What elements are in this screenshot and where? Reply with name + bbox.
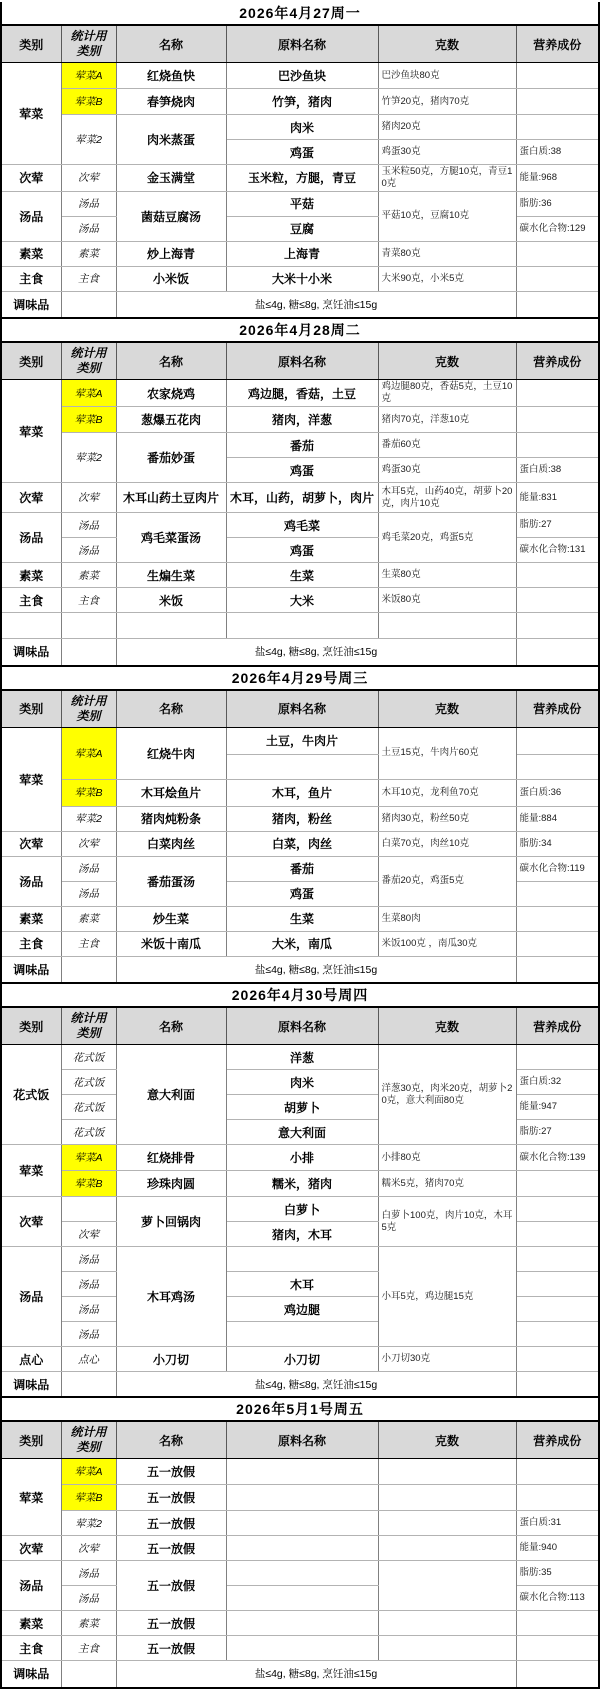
nutrition-cell (516, 906, 599, 931)
ingredient-cell: 木耳 (226, 1272, 378, 1297)
nutrition-cell: 碳水化合物:131 (516, 538, 599, 563)
dish-name-cell: 萝卜回锅肉 (116, 1197, 226, 1247)
grams-cell (378, 1536, 516, 1561)
ingredient-cell: 鸡蛋 (226, 458, 378, 483)
ingredient-cell: 鸡蛋 (226, 140, 378, 165)
nutrition-cell: 脂肪:34 (516, 831, 599, 856)
nutrition-cell (516, 241, 599, 266)
table-row: 次荤萝卜回锅肉白萝卜白萝卜100克，肉片10克，木耳5克 (1, 1197, 599, 1222)
empty-cell (61, 613, 116, 639)
table-row: 荤菜B葱爆五花肉猪肉，洋葱猪肉70克，洋葱10克 (1, 407, 599, 433)
nutrition-cell: 能量:831 (516, 483, 599, 513)
stat-category-cell: 花式饭 (61, 1070, 116, 1095)
table-row: 次荤次荤木耳山药土豆肉片木耳，山药，胡萝卜，肉片木耳5克，山药40克，胡萝卜20… (1, 483, 599, 513)
grams-cell: 鸡毛菜20克，鸡蛋5克 (378, 513, 516, 563)
nutrition-cell (516, 1636, 599, 1661)
dish-name-cell: 肉米蒸蛋 (116, 115, 226, 165)
nutrition-cell (516, 433, 599, 458)
table-row: 素菜素菜生煸生菜生菜生菜80克 (1, 563, 599, 588)
grams-cell: 大米90克，小米5克 (378, 266, 516, 291)
stat-category-cell: 荤菜B (61, 779, 116, 806)
dish-name-cell: 炒生菜 (116, 906, 226, 931)
dish-name-cell: 红烧牛肉 (116, 727, 226, 779)
grams-cell (378, 1511, 516, 1536)
stat-category-cell (61, 1661, 116, 1688)
stat-category-cell: 素菜 (61, 906, 116, 931)
table-row: 荤菜B木耳烩鱼片木耳，鱼片木耳10克，龙利鱼70克蛋白质:36 (1, 779, 599, 806)
grams-cell (378, 1485, 516, 1511)
table-row: 荤菜荤菜A农家烧鸡鸡边腿，香菇，土豆鸡边腿80克，香菇5克，土豆10克 (1, 380, 599, 407)
stat-category-cell: 荤菜A (61, 63, 116, 89)
column-header: 名称 (116, 1007, 226, 1045)
empty-cell (516, 613, 599, 639)
dish-name-cell: 番茄妙蛋 (116, 433, 226, 483)
stat-category-cell: 荤菜2 (61, 115, 116, 165)
grams-cell: 糯米5克，猪肉70克 (378, 1171, 516, 1197)
table-row: 调味品盐≤4g, 糖≤8g, 烹饪油≤15g (1, 291, 599, 318)
nutrition-cell: 能量:947 (516, 1095, 599, 1120)
stat-category-cell (61, 956, 116, 983)
table-row: 调味品盐≤4g, 糖≤8g, 烹饪油≤15g (1, 956, 599, 983)
ingredient-cell: 意大利面 (226, 1120, 378, 1145)
stat-category-cell: 荤菜B (61, 89, 116, 115)
column-header: 营养成份 (516, 1007, 599, 1045)
column-header: 原料名称 (226, 25, 378, 63)
nutrition-cell: 蛋白质:31 (516, 1511, 599, 1536)
category-cell: 调味品 (1, 1372, 61, 1398)
category-cell: 调味品 (1, 639, 61, 666)
grams-cell: 木耳10克，龙利鱼70克 (378, 779, 516, 806)
ingredient-cell: 上海青 (226, 241, 378, 266)
grams-cell: 巴沙鱼块80克 (378, 63, 516, 89)
nutrition-cell: 蛋白质:38 (516, 140, 599, 165)
category-cell: 点心 (1, 1347, 61, 1372)
column-header: 名称 (116, 25, 226, 63)
stat-category-cell: 汤品 (61, 1272, 116, 1297)
table-row (1, 613, 599, 639)
stat-category-cell: 次荤 (61, 1222, 116, 1247)
table-row: 调味品盐≤4g, 糖≤8g, 烹饪油≤15g (1, 639, 599, 666)
category-cell: 荤菜 (1, 1145, 61, 1197)
table-row: 点心点心小刀切小刀切小刀切30克 (1, 1347, 599, 1372)
column-header: 原料名称 (226, 342, 378, 380)
empty-cell (378, 613, 516, 639)
dish-name-cell: 五一放假 (116, 1636, 226, 1661)
day-title: 2026年5月1号周五 (1, 1398, 599, 1421)
nutrition-cell (516, 380, 599, 407)
column-header: 营养成份 (516, 1421, 599, 1459)
column-header: 原料名称 (226, 1421, 378, 1459)
dish-name-cell: 金玉满堂 (116, 165, 226, 192)
stat-category-cell: 点心 (61, 1347, 116, 1372)
stat-category-cell: 主食 (61, 1636, 116, 1661)
nutrition-cell (516, 1222, 599, 1247)
category-cell: 调味品 (1, 291, 61, 318)
stat-category-cell: 次荤 (61, 1536, 116, 1561)
column-header: 营养成份 (516, 342, 599, 380)
column-header: 名称 (116, 1421, 226, 1459)
nutrition-cell (516, 1045, 599, 1070)
column-header: 克数 (378, 342, 516, 380)
category-cell: 素菜 (1, 1611, 61, 1636)
column-header: 克数 (378, 1421, 516, 1459)
ingredient-cell: 鸡毛菜 (226, 513, 378, 538)
nutrition-cell (516, 266, 599, 291)
category-cell: 花式饭 (1, 1045, 61, 1145)
grams-cell: 猪肉70克，洋葱10克 (378, 407, 516, 433)
nutrition-cell: 脂肪:27 (516, 513, 599, 538)
ingredient-cell (226, 1322, 378, 1347)
ingredient-cell (226, 1459, 378, 1485)
category-cell: 次荤 (1, 1197, 61, 1247)
nutrition-cell (516, 1322, 599, 1347)
dish-name-cell: 猪肉炖粉条 (116, 806, 226, 831)
stat-category-cell: 汤品 (61, 1586, 116, 1611)
category-cell: 汤品 (1, 191, 61, 241)
nutrition-cell (516, 1347, 599, 1372)
table-row: 主食主食五一放假 (1, 1636, 599, 1661)
category-cell: 素菜 (1, 906, 61, 931)
dish-name-cell: 生煸生菜 (116, 563, 226, 588)
grams-cell: 米饭100克 ，南瓜30克 (378, 931, 516, 956)
ingredient-cell: 大米 (226, 588, 378, 613)
nutrition-cell: 碳水化合物:139 (516, 1145, 599, 1171)
menu-table-tuesday: 2026年4月28周二类别统计用 类别名称原料名称克数营养成份荤菜荤菜A农家烧鸡… (0, 319, 600, 666)
stat-category-cell: 汤品 (61, 1561, 116, 1586)
stat-category-cell: 汤品 (61, 191, 116, 216)
ingredient-cell: 鸡蛋 (226, 881, 378, 906)
menu-table-wednesday: 2026年4月29号周三类别统计用 类别名称原料名称克数营养成份荤菜荤菜A红烧牛… (0, 667, 600, 985)
grams-cell: 鸡蛋30克 (378, 458, 516, 483)
dish-name-cell: 红烧鱼快 (116, 63, 226, 89)
ingredient-cell: 巴沙鱼块 (226, 63, 378, 89)
nutrition-cell (516, 727, 599, 754)
table-row: 素菜素菜炒生菜生菜生菜80肉 (1, 906, 599, 931)
nutrition-cell: 能量:940 (516, 1536, 599, 1561)
ingredient-cell: 竹笋，猪肉 (226, 89, 378, 115)
column-header: 营养成份 (516, 690, 599, 728)
category-cell: 汤品 (1, 856, 61, 906)
nutrition-cell (516, 115, 599, 140)
stat-category-cell: 汤品 (61, 1247, 116, 1272)
stat-category-cell: 次荤 (61, 165, 116, 192)
day-title: 2026年4月30号周四 (1, 984, 599, 1007)
stat-category-cell: 荤菜A (61, 727, 116, 779)
ingredient-cell: 番茄 (226, 433, 378, 458)
table-row: 花式饭花式饭意大利面洋葱洋葱30克，肉米20克，胡萝卜20克，意大利面80克 (1, 1045, 599, 1070)
column-header: 类别 (1, 690, 61, 728)
ingredient-cell: 小刀切 (226, 1347, 378, 1372)
category-cell: 荤菜 (1, 1459, 61, 1536)
category-cell: 调味品 (1, 956, 61, 983)
table-row: 素菜素菜炒上海青上海青青菜80克 (1, 241, 599, 266)
category-cell: 次荤 (1, 165, 61, 192)
stat-category-cell: 荤菜A (61, 1145, 116, 1171)
ingredient-cell (226, 1561, 378, 1586)
stat-category-cell: 汤品 (61, 881, 116, 906)
ingredient-cell: 洋葱 (226, 1045, 378, 1070)
category-cell: 主食 (1, 266, 61, 291)
table-row: 汤品汤品木耳鸡汤小耳5克，鸡边腿15克 (1, 1247, 599, 1272)
ingredient-cell: 猪肉，木耳 (226, 1222, 378, 1247)
weekly-menu-sheet: 2026年4月27周一类别统计用 类别名称原料名称克数营养成份荤菜荤菜A红烧鱼快… (0, 0, 600, 1689)
stat-category-cell: 花式饭 (61, 1095, 116, 1120)
category-cell: 荤菜 (1, 380, 61, 483)
grams-cell: 平菇10克，豆腐10克 (378, 191, 516, 241)
table-row: 荤菜B春笋烧肉竹笋，猪肉竹笋20克，猪肉70克 (1, 89, 599, 115)
category-cell: 次荤 (1, 483, 61, 513)
stat-category-cell: 花式饭 (61, 1045, 116, 1070)
column-header: 类别 (1, 342, 61, 380)
stat-category-cell: 汤品 (61, 1297, 116, 1322)
dish-name-cell: 珍珠肉圆 (116, 1171, 226, 1197)
category-cell: 次荤 (1, 1536, 61, 1561)
seasoning-cell: 盐≤4g, 糖≤8g, 烹饪油≤15g (116, 956, 516, 983)
category-cell: 次荤 (1, 831, 61, 856)
nutrition-cell (516, 931, 599, 956)
dish-name-cell: 农家烧鸡 (116, 380, 226, 407)
menu-table-monday: 2026年4月27周一类别统计用 类别名称原料名称克数营养成份荤菜荤菜A红烧鱼快… (0, 2, 600, 319)
nutrition-cell (516, 881, 599, 906)
nutrition-cell (516, 1247, 599, 1272)
category-cell: 汤品 (1, 513, 61, 563)
grams-cell: 猪肉20克 (378, 115, 516, 140)
category-cell: 汤品 (1, 1561, 61, 1611)
column-header: 克数 (378, 690, 516, 728)
table-row: 次荤次荤白菜肉丝白菜，肉丝白菜70克，肉丝10克脂肪:34 (1, 831, 599, 856)
table-row: 荤菜2五一放假蛋白质:31 (1, 1511, 599, 1536)
nutrition-cell (516, 1661, 599, 1688)
stat-category-cell: 荤菜2 (61, 806, 116, 831)
stat-category-cell: 素菜 (61, 241, 116, 266)
empty-cell (1, 613, 61, 639)
stat-category-cell: 主食 (61, 588, 116, 613)
column-header: 统计用 类别 (61, 690, 116, 728)
nutrition-cell: 脂肪:27 (516, 1120, 599, 1145)
dish-name-cell: 红烧排骨 (116, 1145, 226, 1171)
ingredient-cell: 木耳，山药，胡萝卜，肉片 (226, 483, 378, 513)
column-header: 原料名称 (226, 690, 378, 728)
grams-cell: 生菜80克 (378, 563, 516, 588)
table-row: 调味品盐≤4g, 糖≤8g, 烹饪油≤15g (1, 1372, 599, 1398)
dish-name-cell: 米饭十南瓜 (116, 931, 226, 956)
ingredient-cell: 鸡边腿 (226, 1297, 378, 1322)
ingredient-cell: 大米，南瓜 (226, 931, 378, 956)
nutrition-cell: 能量:884 (516, 806, 599, 831)
menu-table-friday: 2026年5月1号周五类别统计用 类别名称原料名称克数营养成份荤菜荤菜A五一放假… (0, 1398, 600, 1689)
grams-cell (378, 1459, 516, 1485)
nutrition-cell (516, 1611, 599, 1636)
table-row: 荤菜B五一放假 (1, 1485, 599, 1511)
nutrition-cell: 蛋白质:36 (516, 779, 599, 806)
table-row: 次荤次荤五一放假能量:940 (1, 1536, 599, 1561)
ingredient-cell (226, 1485, 378, 1511)
dish-name-cell: 鸡毛菜蛋汤 (116, 513, 226, 563)
ingredient-cell: 豆腐 (226, 216, 378, 241)
nutrition-cell (516, 639, 599, 666)
grams-cell: 土豆15克，牛肉片60克 (378, 727, 516, 779)
ingredient-cell: 大米十小米 (226, 266, 378, 291)
table-row: 素菜素菜五一放假 (1, 1611, 599, 1636)
dish-name-cell: 小刀切 (116, 1347, 226, 1372)
nutrition-cell (516, 89, 599, 115)
stat-category-cell: 主食 (61, 931, 116, 956)
grams-cell: 番茄20克，鸡蛋5克 (378, 856, 516, 906)
dish-name-cell: 番茄蛋汤 (116, 856, 226, 906)
dish-name-cell: 米饭 (116, 588, 226, 613)
day-title: 2026年4月27周一 (1, 2, 599, 25)
table-row: 荤菜荤菜A红烧鱼快巴沙鱼块巴沙鱼块80克 (1, 63, 599, 89)
nutrition-cell: 脂肪:36 (516, 191, 599, 216)
nutrition-cell: 蛋白质:32 (516, 1070, 599, 1095)
ingredient-cell (226, 1247, 378, 1272)
ingredient-cell: 糯米，猪肉 (226, 1171, 378, 1197)
grams-cell: 生菜80肉 (378, 906, 516, 931)
category-cell: 主食 (1, 931, 61, 956)
nutrition-cell (516, 63, 599, 89)
grams-cell (378, 1636, 516, 1661)
nutrition-cell (516, 956, 599, 983)
category-cell: 汤品 (1, 1247, 61, 1347)
dish-name-cell: 五一放假 (116, 1485, 226, 1511)
stat-category-cell (61, 639, 116, 666)
grams-cell: 白萝卜100克，肉片10克，木耳5克 (378, 1197, 516, 1247)
nutrition-cell: 脂肪:35 (516, 1561, 599, 1586)
nutrition-cell (516, 1272, 599, 1297)
empty-cell (116, 613, 226, 639)
ingredient-cell (226, 1636, 378, 1661)
table-row: 主食主食米饭十南瓜大米，南瓜米饭100克 ，南瓜30克 (1, 931, 599, 956)
nutrition-cell (516, 1297, 599, 1322)
ingredient-cell: 肉米 (226, 115, 378, 140)
column-header: 统计用 类别 (61, 1421, 116, 1459)
ingredient-cell: 白萝卜 (226, 1197, 378, 1222)
column-header: 统计用 类别 (61, 1007, 116, 1045)
table-row: 荤菜2猪肉炖粉条猪肉，粉丝猪肉30克，粉丝50克能量:884 (1, 806, 599, 831)
ingredient-cell (226, 1511, 378, 1536)
nutrition-cell: 蛋白质:38 (516, 458, 599, 483)
stat-category-cell: 素菜 (61, 1611, 116, 1636)
table-row: 荤菜荤菜A红烧排骨小排小排80克碳水化合物:139 (1, 1145, 599, 1171)
table-row: 调味品盐≤4g, 糖≤8g, 烹饪油≤15g (1, 1661, 599, 1688)
dish-name-cell: 菌菇豆腐汤 (116, 191, 226, 241)
stat-category-cell: 汤品 (61, 513, 116, 538)
stat-category-cell: 花式饭 (61, 1120, 116, 1145)
nutrition-cell: 碳水化合物:113 (516, 1586, 599, 1611)
stat-category-cell: 素菜 (61, 563, 116, 588)
stat-category-cell: 次荤 (61, 483, 116, 513)
dish-name-cell: 白菜肉丝 (116, 831, 226, 856)
stat-category-cell: 次荤 (61, 831, 116, 856)
table-row: 荤菜B珍珠肉圆糯米，猪肉糯米5克，猪肉70克 (1, 1171, 599, 1197)
nutrition-cell: 碳水化合物:129 (516, 216, 599, 241)
seasoning-cell: 盐≤4g, 糖≤8g, 烹饪油≤15g (116, 1372, 516, 1398)
nutrition-cell (516, 291, 599, 318)
stat-category-cell: 荤菜B (61, 1171, 116, 1197)
column-header: 克数 (378, 1007, 516, 1045)
nutrition-cell (516, 1197, 599, 1222)
grams-cell: 木耳5克，山药40克，胡萝卜20克，肉片10克 (378, 483, 516, 513)
column-header: 类别 (1, 1007, 61, 1045)
grams-cell (378, 1561, 516, 1611)
ingredient-cell: 肉米 (226, 1070, 378, 1095)
stat-category-cell: 荤菜B (61, 407, 116, 433)
grams-cell: 竹笋20克，猪肉70克 (378, 89, 516, 115)
category-cell: 主食 (1, 588, 61, 613)
ingredient-cell: 木耳，鱼片 (226, 779, 378, 806)
ingredient-cell (226, 1611, 378, 1636)
dish-name-cell: 春笋烧肉 (116, 89, 226, 115)
grams-cell: 鸡边腿80克，香菇5克，土豆10克 (378, 380, 516, 407)
ingredient-cell (226, 1536, 378, 1561)
column-header: 克数 (378, 25, 516, 63)
grams-cell: 猪肉30克，粉丝50克 (378, 806, 516, 831)
grams-cell: 小耳5克，鸡边腿15克 (378, 1247, 516, 1347)
table-row: 荤菜荤菜A红烧牛肉土豆，牛肉片土豆15克，牛肉片60克 (1, 727, 599, 754)
nutrition-cell (516, 563, 599, 588)
stat-category-cell: 荤菜B (61, 1485, 116, 1511)
ingredient-cell: 鸡边腿，香菇，土豆 (226, 380, 378, 407)
stat-category-cell: 主食 (61, 266, 116, 291)
stat-category-cell: 荤菜A (61, 1459, 116, 1485)
nutrition-cell (516, 1485, 599, 1511)
column-header: 统计用 类别 (61, 25, 116, 63)
stat-category-cell: 汤品 (61, 1322, 116, 1347)
grams-cell: 洋葱30克，肉米20克，胡萝卜20克，意大利面80克 (378, 1045, 516, 1145)
ingredient-cell: 猪肉，洋葱 (226, 407, 378, 433)
category-cell: 荤菜 (1, 63, 61, 165)
column-header: 名称 (116, 342, 226, 380)
column-header: 营养成份 (516, 25, 599, 63)
nutrition-cell (516, 1459, 599, 1485)
stat-category-cell (61, 291, 116, 318)
stat-category-cell: 荤菜2 (61, 1511, 116, 1536)
table-row: 汤品汤品菌菇豆腐汤平菇平菇10克，豆腐10克脂肪:36 (1, 191, 599, 216)
table-row: 汤品汤品鸡毛菜蛋汤鸡毛菜鸡毛菜20克，鸡蛋5克脂肪:27 (1, 513, 599, 538)
grams-cell (378, 1611, 516, 1636)
dish-name-cell: 五一放假 (116, 1536, 226, 1561)
day-title: 2026年4月28周二 (1, 319, 599, 342)
dish-name-cell: 木耳烩鱼片 (116, 779, 226, 806)
day-title: 2026年4月29号周三 (1, 667, 599, 690)
column-header: 统计用 类别 (61, 342, 116, 380)
table-row: 荤菜2番茄妙蛋番茄番茄60克 (1, 433, 599, 458)
dish-name-cell: 意大利面 (116, 1045, 226, 1145)
dish-name-cell: 五一放假 (116, 1561, 226, 1611)
nutrition-cell (516, 754, 599, 779)
grams-cell: 玉米粒50克，方腿10克，青豆10克 (378, 165, 516, 192)
dish-name-cell: 五一放假 (116, 1511, 226, 1536)
nutrition-cell (516, 407, 599, 433)
ingredient-cell: 土豆，牛肉片 (226, 727, 378, 754)
ingredient-cell: 猪肉，粉丝 (226, 806, 378, 831)
ingredient-cell (226, 754, 378, 779)
table-row: 主食主食米饭大米米饭80克 (1, 588, 599, 613)
stat-category-cell: 荤菜A (61, 380, 116, 407)
dish-name-cell: 小米饭 (116, 266, 226, 291)
ingredient-cell: 生菜 (226, 563, 378, 588)
table-row: 荤菜荤菜A五一放假 (1, 1459, 599, 1485)
dish-name-cell: 炒上海青 (116, 241, 226, 266)
stat-category-cell: 汤品 (61, 216, 116, 241)
ingredient-cell: 番茄 (226, 856, 378, 881)
stat-category-cell: 汤品 (61, 856, 116, 881)
ingredient-cell: 玉米粒，方腿，青豆 (226, 165, 378, 192)
category-cell: 调味品 (1, 1661, 61, 1688)
category-cell: 素菜 (1, 563, 61, 588)
grams-cell: 小排80克 (378, 1145, 516, 1171)
column-header: 名称 (116, 690, 226, 728)
